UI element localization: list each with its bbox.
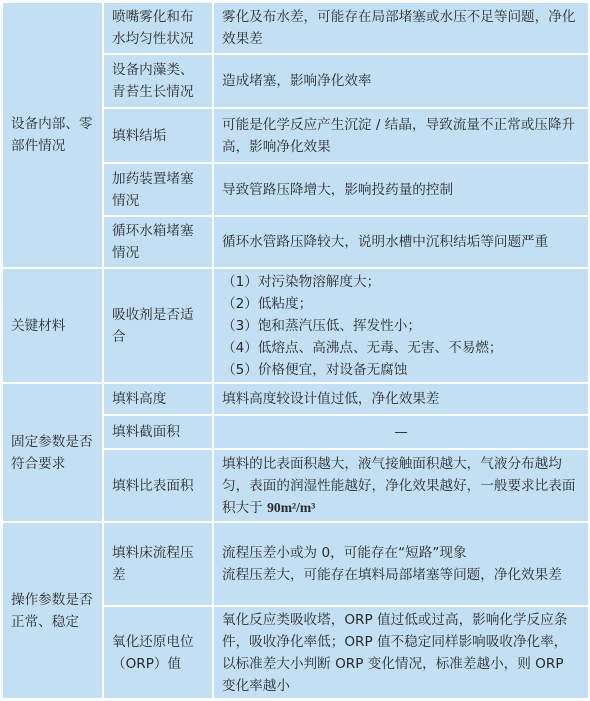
description-cell: 可能是化学反应产生沉淀 / 结晶，导致流量不正常或压降升高，影响净化效果 [213, 108, 589, 163]
description-cell: 雾化及布水差，可能存在局部堵塞或水压不足等问题，净化效果差 [213, 2, 589, 54]
category-cell: 操作参数是否正常、稳定 [2, 522, 103, 699]
description-cell: 造成堵塞，影响净化效率 [213, 54, 589, 108]
table-row: 操作参数是否正常、稳定 填料床流程压差 流程压差小或为 0，可能存在“短路”现象… [2, 522, 589, 606]
table-row: 固定参数是否符合要求 填料高度 填料高度较设计值过低，净化效果差 [2, 383, 589, 415]
requirement-item: （4）低熔点、高沸点、无毒、无害、不易燃； [222, 337, 580, 359]
description-list-cell: （1）对污染物溶解度大； （2）低粘度； （3）饱和蒸汽压低、挥发性小； （4）… [213, 268, 589, 383]
description-list-cell: 流程压差小或为 0，可能存在“短路”现象 流程压差大，可能存在填料局部堵塞等问题… [213, 522, 589, 606]
requirement-item: （2）低粘度； [222, 293, 580, 315]
description-line: 流程压差大，可能存在填料局部堵塞等问题，净化效果差 [222, 564, 580, 586]
description-cell: — [213, 415, 589, 449]
category-cell: 固定参数是否符合要求 [2, 383, 103, 522]
item-cell: 填料比表面积 [103, 449, 213, 522]
requirement-item: （3）饱和蒸汽压低、挥发性小； [222, 315, 580, 337]
category-cell: 设备内部、零部件情况 [2, 2, 103, 268]
description-cell: 氧化反应类吸收塔，ORP 值过低或过高，影响化学反应条件，吸收净化率低；ORP … [213, 606, 589, 699]
item-cell: 填料结垢 [103, 108, 213, 163]
item-cell: 加药装置堵塞情况 [103, 163, 213, 216]
table-row: 设备内部、零部件情况 喷嘴雾化和布水均匀性状况 雾化及布水差，可能存在局部堵塞或… [2, 2, 589, 54]
item-cell: 填料截面积 [103, 415, 213, 449]
item-cell: 吸收剂是否适合 [103, 268, 213, 383]
item-cell: 设备内藻类、青苔生长情况 [103, 54, 213, 108]
description-cell: 填料高度较设计值过低，净化效果差 [213, 383, 589, 415]
description-line: 流程压差小或为 0，可能存在“短路”现象 [222, 542, 580, 564]
requirement-item: （1）对污染物溶解度大； [222, 271, 580, 293]
description-cell: 导致管路压降增大，影响投药量的控制 [213, 163, 589, 216]
item-cell: 喷嘴雾化和布水均匀性状况 [103, 2, 213, 54]
inspection-table: 设备内部、零部件情况 喷嘴雾化和布水均匀性状况 雾化及布水差，可能存在局部堵塞或… [1, 1, 590, 700]
description-cell: 循环水管路压降较大，说明水槽中沉积结垢等问题严重 [213, 216, 589, 268]
item-cell: 填料高度 [103, 383, 213, 415]
item-cell: 填料床流程压差 [103, 522, 213, 606]
specific-surface-value: 90m²/m³ [267, 500, 315, 515]
item-cell: 循环水箱堵塞情况 [103, 216, 213, 268]
table-row: 关键材料 吸收剂是否适合 （1）对污染物溶解度大； （2）低粘度； （3）饱和蒸… [2, 268, 589, 383]
item-cell: 氧化还原电位（ORP）值 [103, 606, 213, 699]
requirement-item: （5）价格便宜，对设备无腐蚀 [222, 359, 580, 381]
category-cell: 关键材料 [2, 268, 103, 383]
description-cell: 填料的比表面积越大，液气接触面积越大，气液分布越均匀，表面的润湿性能越好，净化效… [213, 449, 589, 522]
